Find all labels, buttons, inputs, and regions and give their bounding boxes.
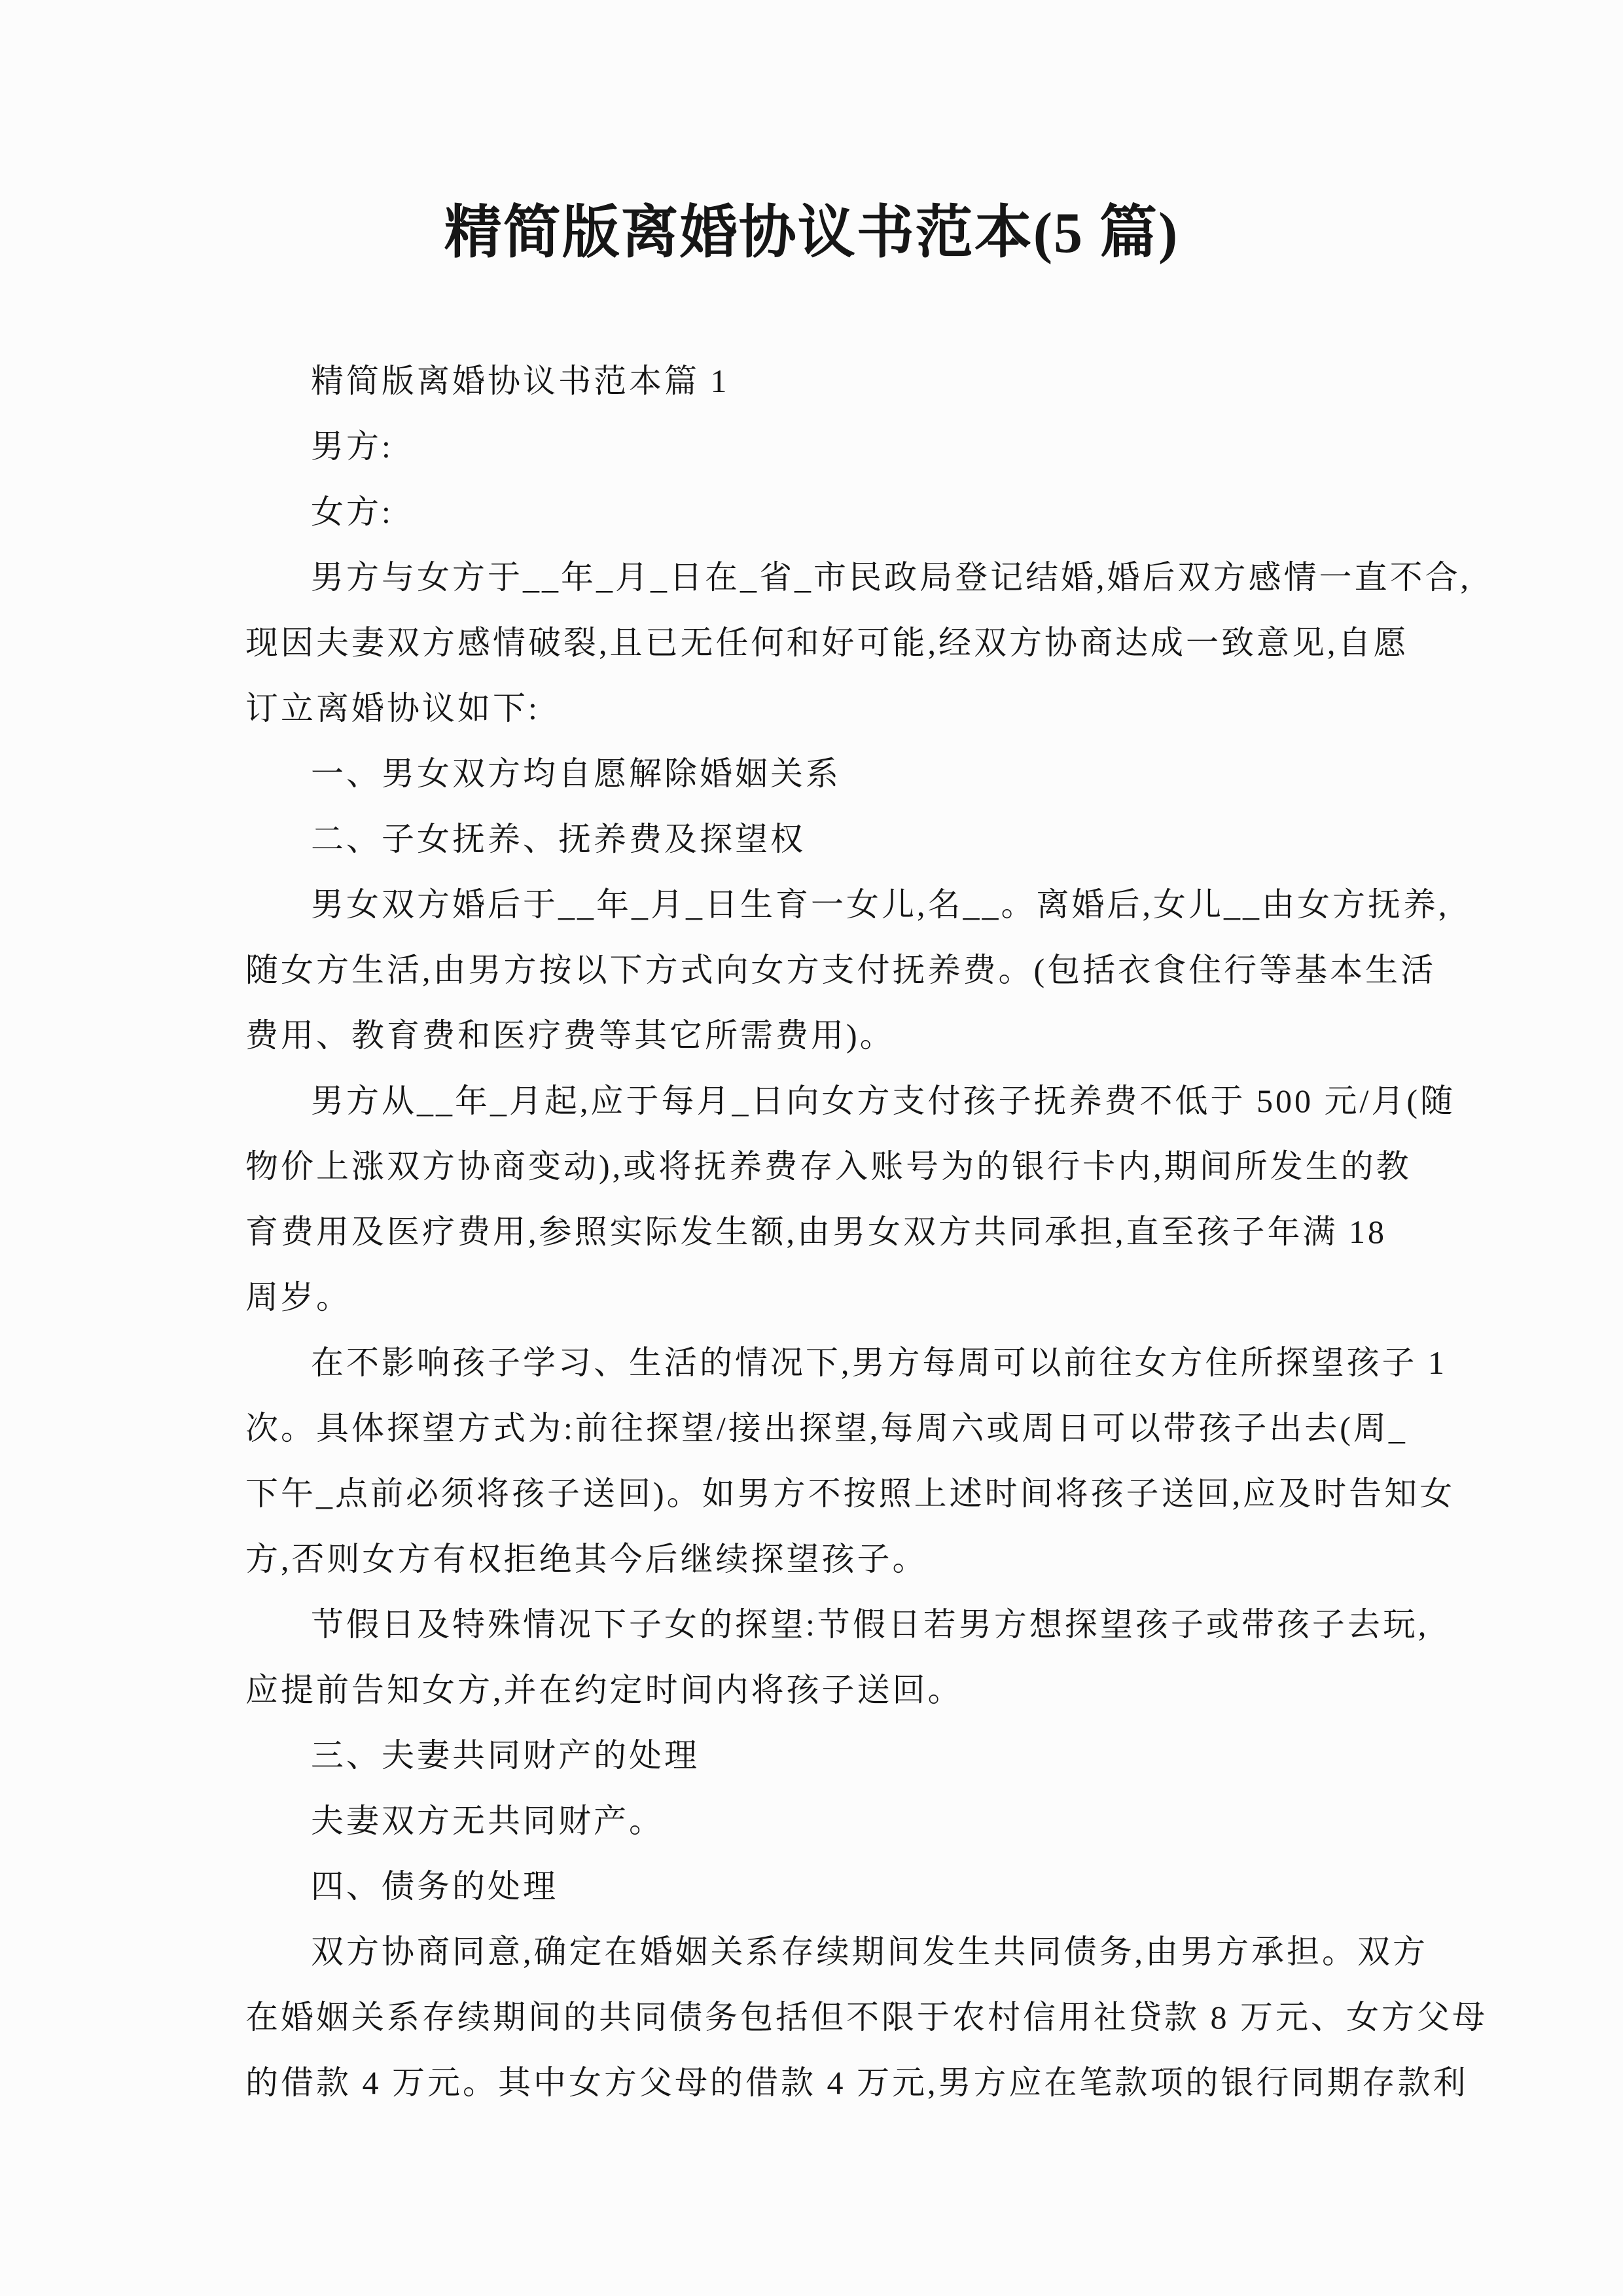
text-line: 现因夫妻双方感情破裂,且已无任何和好可能,经双方协商达成一致意见,自愿 — [245, 610, 1423, 675]
text-line: 下午_点前必须将孩子送回)。如男方不按照上述时间将孩子送回,应及时告知女 — [245, 1461, 1423, 1526]
text-line: 男方: — [245, 414, 1423, 479]
text-line: 精简版离婚协议书范本篇 1 — [245, 348, 1423, 414]
text-line: 一、男女双方均自愿解除婚姻关系 — [245, 741, 1423, 806]
text-line: 育费用及医疗费用,参照实际发生额,由男女双方共同承担,直至孩子年满 18 — [245, 1199, 1423, 1265]
text-line: 订立离婚协议如下: — [245, 675, 1423, 741]
text-line: 男女双方婚后于__年_月_日生育一女儿,名__。离婚后,女儿__由女方抚养, — [245, 872, 1423, 937]
text-line: 随女方生活,由男方按以下方式向女方支付抚养费。(包括衣食住行等基本生活 — [245, 937, 1423, 1003]
text-line: 的借款 4 万元。其中女方父母的借款 4 万元,男方应在笔款项的银行同期存款利 — [245, 2050, 1423, 2115]
text-line: 四、债务的处理 — [245, 1854, 1423, 1919]
text-line: 节假日及特殊情况下子女的探望:节假日若男方想探望孩子或带孩子去玩, — [245, 1592, 1423, 1657]
text-line: 在不影响孩子学习、生活的情况下,男方每周可以前往女方住所探望孩子 1 — [245, 1330, 1423, 1395]
text-line: 男方从__年_月起,应于每月_日向女方支付孩子抚养费不低于 500 元/月(随 — [245, 1068, 1423, 1134]
text-line: 周岁。 — [245, 1265, 1423, 1330]
text-line: 夫妻双方无共同财产。 — [245, 1788, 1423, 1854]
text-line: 三、夫妻共同财产的处理 — [245, 1723, 1423, 1788]
text-line: 费用、教育费和医疗费等其它所需费用)。 — [245, 1003, 1423, 1068]
document-body: 精简版离婚协议书范本篇 1男方:女方:男方与女方于__年_月_日在_省_市民政局… — [245, 348, 1423, 2115]
text-line: 男方与女方于__年_月_日在_省_市民政局登记结婚,婚后双方感情一直不合, — [245, 545, 1423, 610]
text-line: 二、子女抚养、抚养费及探望权 — [245, 806, 1423, 872]
text-line: 物价上涨双方协商变动),或将抚养费存入账号为的银行卡内,期间所发生的教 — [245, 1134, 1423, 1199]
text-line: 次。具体探望方式为:前往探望/接出探望,每周六或周日可以带孩子出去(周_ — [245, 1395, 1423, 1461]
document-title: 精简版离婚协议书范本(5 篇) — [0, 191, 1623, 276]
text-line: 应提前告知女方,并在约定时间内将孩子送回。 — [245, 1657, 1423, 1723]
text-line: 方,否则女方有权拒绝其今后继续探望孩子。 — [245, 1526, 1423, 1592]
text-line: 双方协商同意,确定在婚姻关系存续期间发生共同债务,由男方承担。双方 — [245, 1919, 1423, 1984]
text-line: 女方: — [245, 479, 1423, 545]
text-line: 在婚姻关系存续期间的共同债务包括但不限于农村信用社贷款 8 万元、女方父母 — [245, 1984, 1423, 2050]
document-page: 精简版离婚协议书范本(5 篇) 精简版离婚协议书范本篇 1男方:女方:男方与女方… — [0, 0, 1623, 2296]
